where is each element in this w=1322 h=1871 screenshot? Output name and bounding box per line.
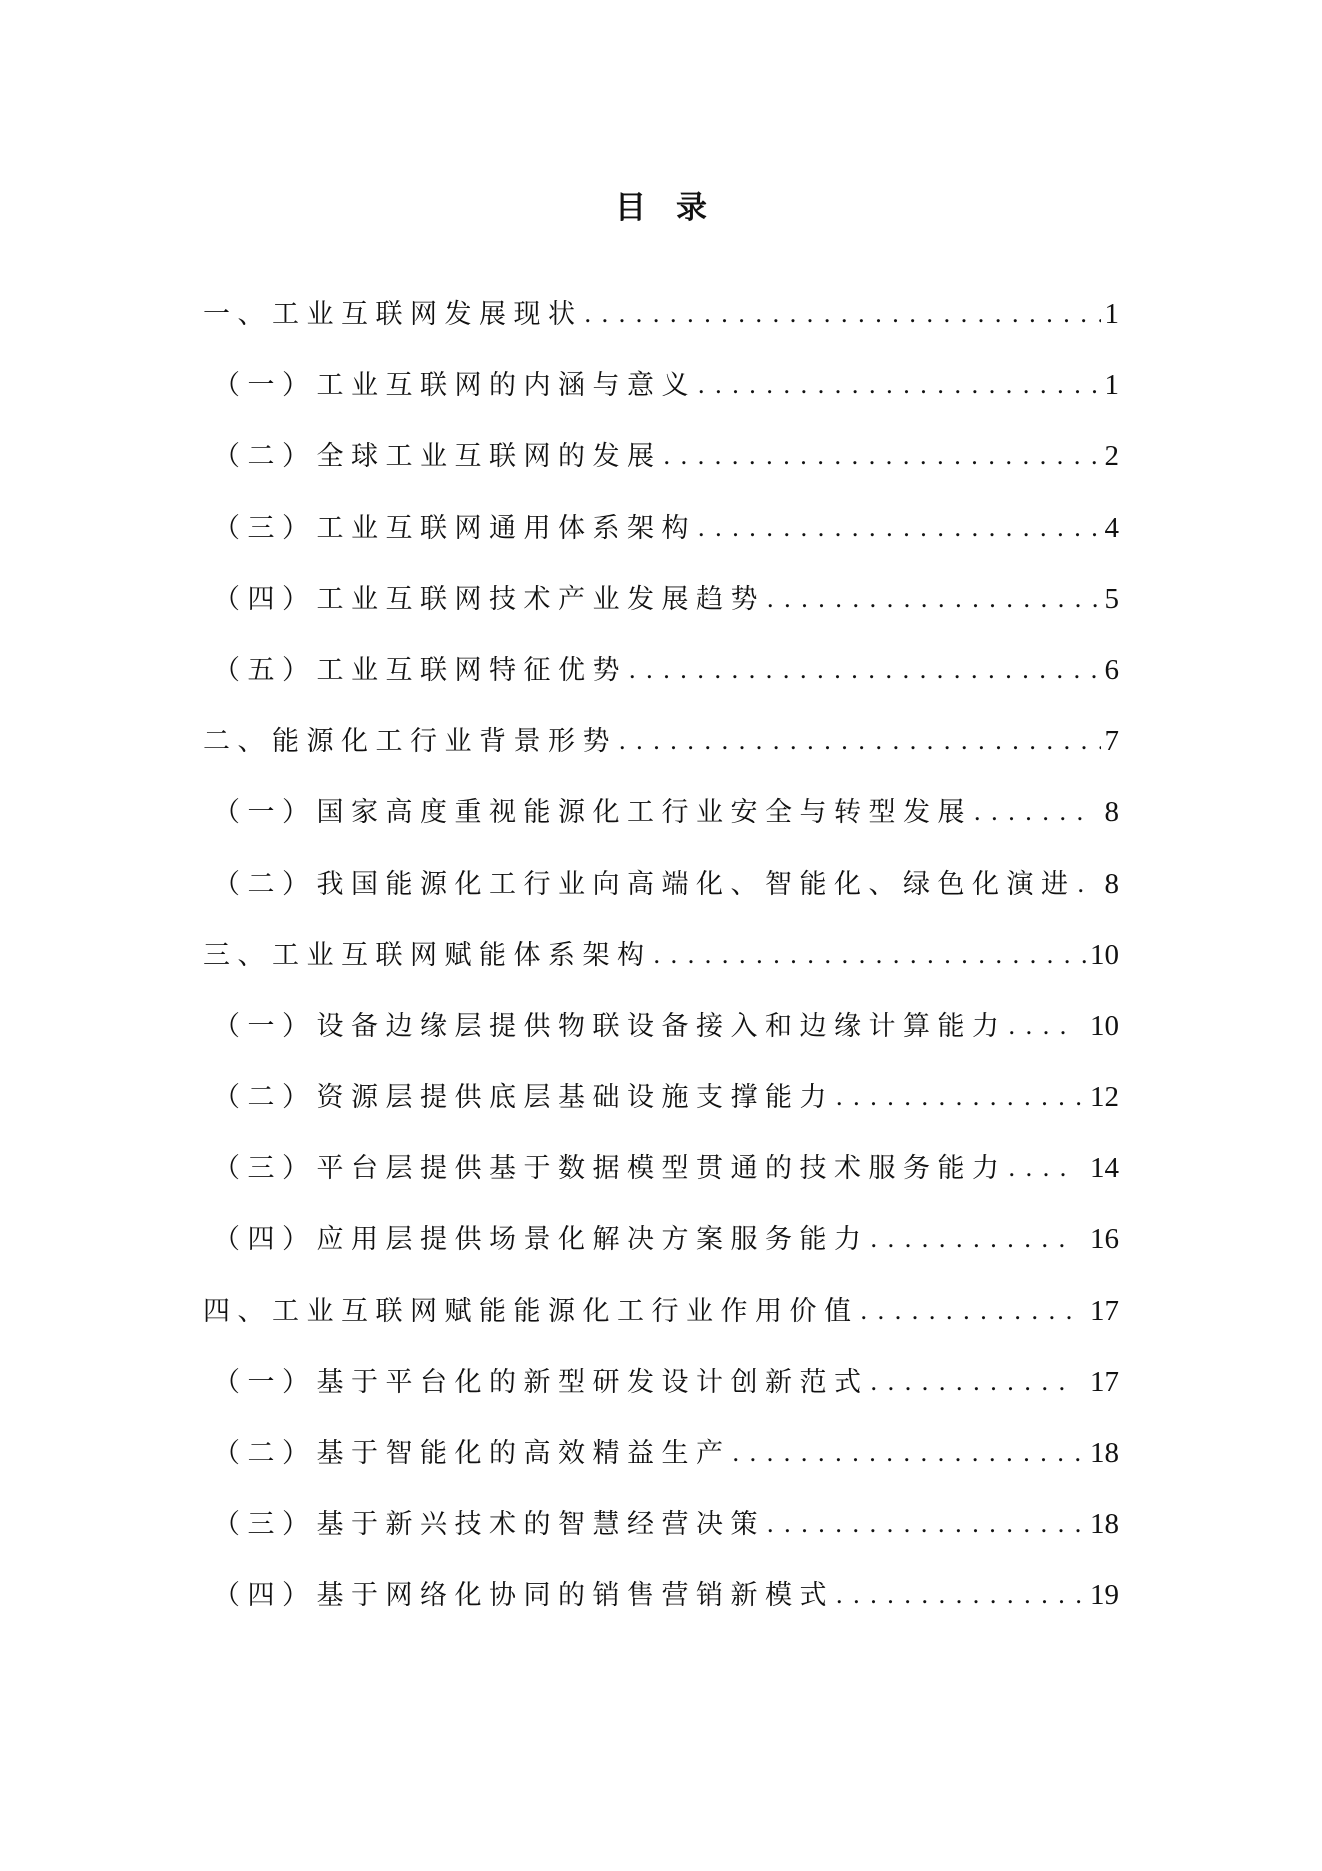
dot-leader bbox=[836, 1573, 1086, 1617]
toc-entry-label: （一）工业互联网的内涵与意义 bbox=[213, 364, 696, 408]
dot-leader bbox=[664, 434, 1101, 478]
toc-entry-page-number: 16 bbox=[1080, 1217, 1119, 1261]
toc-entry-label: （一）设备边缘层提供物联设备接入和边缘计算能力 bbox=[213, 1005, 1007, 1049]
toc-entry-page-number: 14 bbox=[1080, 1146, 1119, 1190]
toc-entry-section-1-2[interactable]: （二）全球工业互联网的发展 2 bbox=[203, 434, 1119, 505]
dot-leader bbox=[861, 1289, 1077, 1333]
toc-entry-page-number: 1 bbox=[1105, 292, 1120, 336]
document-page: 目录 一、工业互联网发展现状 1 （一）工业互联网的内涵与意义 1 （二）全球工… bbox=[0, 0, 1322, 1871]
toc-entry-page-number: 17 bbox=[1080, 1360, 1119, 1404]
toc-entry-label: （二）全球工业互联网的发展 bbox=[213, 435, 662, 479]
toc-entry-section-3[interactable]: 三、工业互联网赋能体系架构 10 bbox=[203, 933, 1119, 1004]
toc-entry-label: （一）基于平台化的新型研发设计创新范式 bbox=[213, 1361, 869, 1405]
toc-entry-page-number: 2 bbox=[1105, 434, 1120, 478]
toc-title: 目录 bbox=[0, 186, 1322, 230]
toc-entry-label: 三、工业互联网赋能体系架构 bbox=[203, 934, 652, 978]
toc-entry-label: （三）工业互联网通用体系架构 bbox=[213, 507, 696, 551]
toc-entry-section-3-1[interactable]: （一）设备边缘层提供物联设备接入和边缘计算能力 10 bbox=[203, 1004, 1119, 1075]
toc-entry-section-3-2[interactable]: （二）资源层提供底层基础设施支撑能力 12 bbox=[203, 1075, 1119, 1146]
toc-entry-section-3-4[interactable]: （四）应用层提供场景化解决方案服务能力 16 bbox=[203, 1217, 1119, 1288]
toc-entry-section-1[interactable]: 一、工业互联网发展现状 1 bbox=[203, 292, 1119, 363]
toc-entry-label: （四）应用层提供场景化解决方案服务能力 bbox=[213, 1218, 869, 1262]
toc-entry-label: （三）平台层提供基于数据模型贯通的技术服务能力 bbox=[213, 1147, 1007, 1191]
toc-entry-page-number: 10 bbox=[1080, 1004, 1119, 1048]
dot-leader bbox=[871, 1360, 1077, 1404]
toc-entry-page-number: 18 bbox=[1090, 1502, 1119, 1546]
toc-entry-section-4-4[interactable]: （四）基于网络化协同的销售营销新模式 19 bbox=[203, 1573, 1119, 1644]
toc-entry-section-2-1[interactable]: （一）国家高度重视能源化工行业安全与转型发展 8 bbox=[203, 790, 1119, 861]
dot-leader bbox=[1078, 862, 1091, 906]
toc-entry-section-4[interactable]: 四、工业互联网赋能能源化工行业作用价值 17 bbox=[203, 1289, 1119, 1360]
dot-leader bbox=[698, 363, 1101, 407]
toc-entry-label: （二）基于智能化的高效精益生产 bbox=[213, 1432, 731, 1476]
toc-entry-page-number: 6 bbox=[1105, 648, 1120, 692]
toc-entry-label: 一、工业互联网发展现状 bbox=[203, 293, 583, 337]
dot-leader bbox=[654, 933, 1087, 977]
dot-leader bbox=[836, 1075, 1086, 1119]
toc-entry-page-number: 5 bbox=[1105, 577, 1120, 621]
toc-entry-label: （二）资源层提供底层基础设施支撑能力 bbox=[213, 1076, 834, 1120]
toc-entry-section-1-4[interactable]: （四）工业互联网技术产业发展趋势 5 bbox=[203, 577, 1119, 648]
dot-leader bbox=[629, 648, 1101, 692]
toc-entry-label: （一）国家高度重视能源化工行业安全与转型发展 bbox=[213, 791, 972, 835]
toc-entry-page-number: 4 bbox=[1105, 506, 1120, 550]
toc-entry-section-4-2[interactable]: （二）基于智能化的高效精益生产 18 bbox=[203, 1431, 1119, 1502]
dot-leader bbox=[1009, 1146, 1077, 1190]
toc-entry-page-number: 18 bbox=[1090, 1431, 1119, 1475]
toc-entry-label: 二、能源化工行业背景形势 bbox=[203, 720, 617, 764]
toc-entry-page-number: 1 bbox=[1105, 363, 1120, 407]
toc-entry-page-number: 19 bbox=[1090, 1573, 1119, 1617]
toc-entry-section-4-3[interactable]: （三）基于新兴技术的智慧经营决策 18 bbox=[203, 1502, 1119, 1573]
dot-leader bbox=[1009, 1004, 1077, 1048]
toc-entry-section-1-3[interactable]: （三）工业互联网通用体系架构 4 bbox=[203, 506, 1119, 577]
toc-entry-section-2-2[interactable]: （二）我国能源化工行业向高端化、智能化、绿色化演进 8 bbox=[203, 862, 1119, 933]
toc-entry-page-number: 8 bbox=[1095, 862, 1120, 906]
toc-entry-label: （三）基于新兴技术的智慧经营决策 bbox=[213, 1503, 765, 1547]
toc-entry-label: （二）我国能源化工行业向高端化、智能化、绿色化演进 bbox=[213, 863, 1076, 907]
dot-leader bbox=[974, 790, 1091, 834]
toc-entry-page-number: 8 bbox=[1095, 790, 1120, 834]
toc-entry-section-3-3[interactable]: （三）平台层提供基于数据模型贯通的技术服务能力 14 bbox=[203, 1146, 1119, 1217]
toc-entry-section-2[interactable]: 二、能源化工行业背景形势 7 bbox=[203, 719, 1119, 790]
toc-entry-section-1-1[interactable]: （一）工业互联网的内涵与意义 1 bbox=[203, 363, 1119, 434]
dot-leader bbox=[871, 1217, 1077, 1261]
toc-entry-page-number: 10 bbox=[1090, 933, 1119, 977]
toc-entry-label: （五）工业互联网特征优势 bbox=[213, 649, 627, 693]
table-of-contents: 一、工业互联网发展现状 1 （一）工业互联网的内涵与意义 1 （二）全球工业互联… bbox=[203, 292, 1119, 1645]
dot-leader bbox=[698, 506, 1101, 550]
dot-leader bbox=[767, 577, 1101, 621]
toc-entry-section-4-1[interactable]: （一）基于平台化的新型研发设计创新范式 17 bbox=[203, 1360, 1119, 1431]
toc-entry-label: 四、工业互联网赋能能源化工行业作用价值 bbox=[203, 1290, 859, 1334]
toc-entry-label: （四）基于网络化协同的销售营销新模式 bbox=[213, 1574, 834, 1618]
dot-leader bbox=[767, 1502, 1086, 1546]
toc-entry-section-1-5[interactable]: （五）工业互联网特征优势 6 bbox=[203, 648, 1119, 719]
dot-leader bbox=[585, 292, 1101, 336]
toc-entry-page-number: 17 bbox=[1080, 1289, 1119, 1333]
dot-leader bbox=[733, 1431, 1087, 1475]
toc-entry-label: （四）工业互联网技术产业发展趋势 bbox=[213, 578, 765, 622]
toc-entry-page-number: 7 bbox=[1105, 719, 1120, 763]
dot-leader bbox=[619, 719, 1101, 763]
toc-entry-page-number: 12 bbox=[1090, 1075, 1119, 1119]
